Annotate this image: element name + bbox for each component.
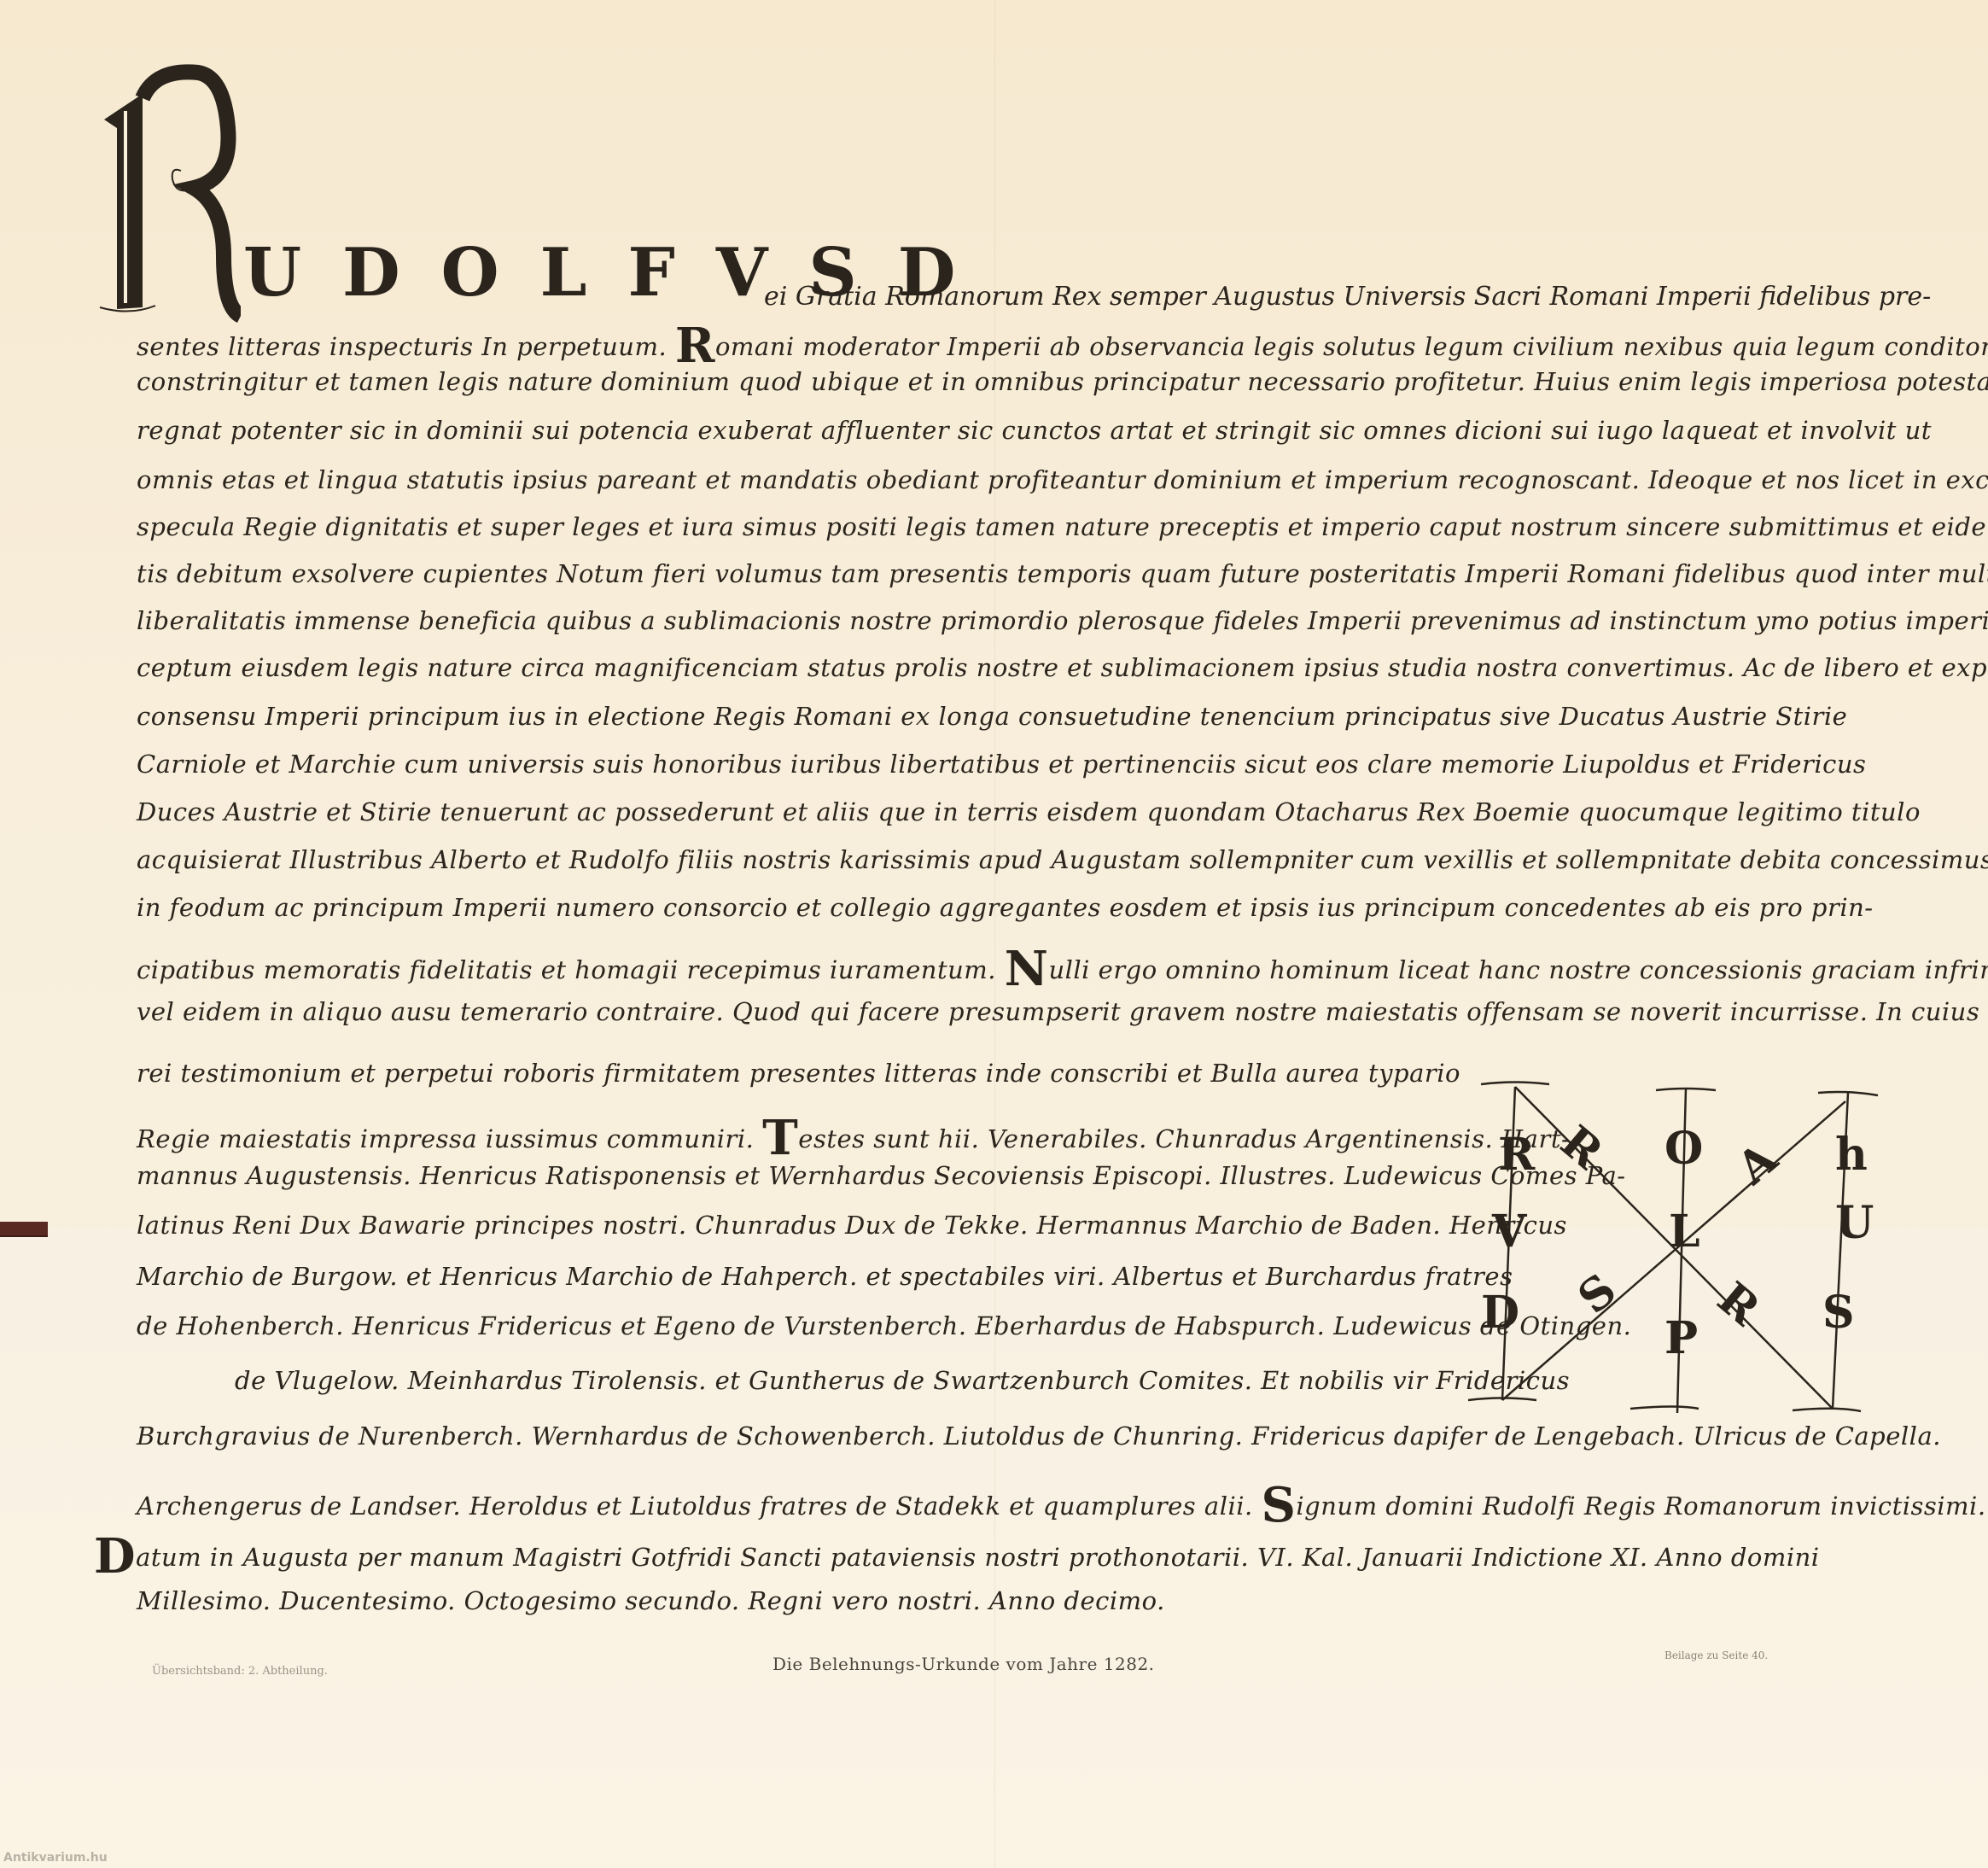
text-line: tis debitum exsolvere cupientes Notum fi… bbox=[137, 559, 1988, 588]
text-line: specula Regie dignitatis et super leges … bbox=[137, 512, 1988, 541]
text-line: liberalitatis immense beneficia quibus a… bbox=[137, 606, 1988, 635]
footer-volume-label: Übersichtsband: 2. Abtheilung. bbox=[152, 1665, 328, 1678]
text-line: vel eidem in aliquo ausu temerario contr… bbox=[137, 997, 1979, 1026]
text-line: constringitur et tamen legis nature domi… bbox=[137, 367, 1988, 396]
svg-text:R: R bbox=[1498, 1129, 1536, 1181]
svg-text:U: U bbox=[1835, 1197, 1874, 1249]
svg-text:P: P bbox=[1664, 1312, 1698, 1364]
initial-r-icon bbox=[96, 60, 241, 324]
svg-text:V: V bbox=[1491, 1205, 1528, 1258]
svg-text:S: S bbox=[1568, 1264, 1626, 1324]
text-line: Millesimo. Ducentesimo. Octogesimo secun… bbox=[137, 1586, 1165, 1615]
text-line: sentes litteras inspecturis In perpetuum… bbox=[137, 318, 1988, 374]
text-line: de Hohenberch. Henricus Fridericus et Eg… bbox=[137, 1311, 1631, 1340]
svg-text:A: A bbox=[1727, 1132, 1787, 1195]
text-line: regnat potenter sic in dominii sui poten… bbox=[137, 416, 1932, 445]
decorated-capital: N bbox=[1005, 941, 1049, 997]
heading-cap: D bbox=[342, 234, 409, 312]
footer-caption: Die Belehnungs-Urkunde vom Jahre 1282. bbox=[772, 1654, 1155, 1674]
heading-cap: F bbox=[627, 234, 683, 312]
watermark: Antikvarium.hu bbox=[3, 1851, 108, 1865]
heading-cap: O bbox=[441, 234, 508, 312]
text-line: Regie maiestatis impressa iussimus commu… bbox=[137, 1110, 1570, 1166]
text-line: Marchio de Burgow. et Henricus Marchio d… bbox=[137, 1262, 1513, 1291]
charter: U D O L F V S D ei Gratia Romanorum Rex … bbox=[0, 0, 1988, 1622]
text-line: rei testimonium et perpetui roboris firm… bbox=[137, 1059, 1460, 1088]
text-line: ceptum eiusdem legis nature circa magnif… bbox=[137, 653, 1988, 682]
text-line: Carniole et Marchie cum universis suis h… bbox=[137, 750, 1866, 779]
footer-page-reference: Beilage zu Seite 40. bbox=[1664, 1649, 1768, 1661]
svg-text:L: L bbox=[1669, 1205, 1700, 1258]
text-line: latinus Reni Dux Bawarie principes nostr… bbox=[137, 1211, 1567, 1240]
heading-cap: U bbox=[243, 234, 310, 312]
text-line: consensu Imperii principum ius in electi… bbox=[137, 702, 1847, 731]
text-line: in feodum ac principum Imperii numero co… bbox=[137, 893, 1874, 922]
text-line: Duces Austrie et Stirie tenuerunt ac pos… bbox=[137, 797, 1921, 826]
svg-text:O: O bbox=[1664, 1123, 1703, 1175]
text-line: cipatibus memoratis fidelitatis et homag… bbox=[137, 941, 1988, 997]
svg-text:R: R bbox=[1551, 1116, 1613, 1180]
monogram-icon: R V D R O A h L U S R S P bbox=[1460, 1071, 1886, 1430]
text-line: mannus Augustensis. Henricus Ratisponens… bbox=[137, 1161, 1626, 1190]
svg-text:D: D bbox=[1481, 1287, 1519, 1339]
text-line: acquisierat Illustribus Alberto et Rudol… bbox=[137, 845, 1988, 874]
svg-text:h: h bbox=[1835, 1129, 1868, 1181]
text-line: de Vlugelow. Meinhardus Tirolensis. et G… bbox=[235, 1366, 1570, 1395]
heading-rest: ei Gratia Romanorum Rex semper Augustus … bbox=[764, 282, 1931, 312]
svg-text:S: S bbox=[1822, 1287, 1855, 1339]
decorated-capital: T bbox=[762, 1110, 798, 1166]
decorated-capital: R bbox=[675, 318, 715, 374]
decorated-capital: S bbox=[1261, 1477, 1296, 1533]
svg-text:R: R bbox=[1708, 1272, 1770, 1336]
decorated-capital: D bbox=[94, 1528, 136, 1585]
heading-cap: L bbox=[540, 234, 596, 312]
text-line: Archengerus de Landser. Heroldus et Liut… bbox=[137, 1477, 1986, 1533]
text-line: omnis etas et lingua statutis ipsius par… bbox=[137, 465, 1988, 494]
text-line: Datum in Augusta per manum Magistri Gotf… bbox=[94, 1528, 1820, 1585]
